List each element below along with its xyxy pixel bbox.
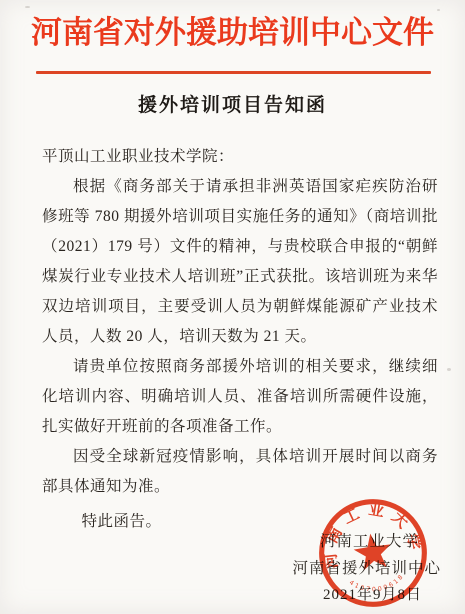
letterhead-divider — [36, 71, 431, 74]
paragraph-approval: 根据《商务部关于请承担非洲英语国家疟疾防治研修班等 780 期援外培训项目实施任… — [42, 172, 438, 352]
signature-training-center: 河南省援外培训中心 — [292, 556, 441, 578]
letterhead-title: 河南省对外援助培训中心文件 — [10, 13, 455, 54]
document-title: 援外培训项目告知函 — [0, 90, 465, 117]
document-page: 河南省对外援助培训中心文件 援外培训项目告知函 平顶山工业职业技术学院： 根据《… — [0, 0, 465, 614]
document-body: 平顶山工业职业技术学院： 根据《商务部关于请承担非洲英语国家疟疾防治研修班等 7… — [42, 142, 438, 537]
signature-date: 2021年9月8日 — [323, 583, 422, 604]
salutation: 平顶山工业职业技术学院： — [42, 142, 438, 172]
signature-university: 河南工业大学 — [320, 529, 419, 551]
scan-speck — [25, 6, 30, 8]
paragraph-covid-notice: 因受全球新冠疫情影响，具体培训开展时间以商务部具体通知为准。 — [42, 442, 438, 502]
scan-speck — [447, 368, 451, 371]
paragraph-preparation: 请贵单位按照商务部援外培训的相关要求，继续细化培训内容、明确培训人员、准备培训所… — [42, 352, 438, 442]
scan-speck — [437, 9, 440, 11]
